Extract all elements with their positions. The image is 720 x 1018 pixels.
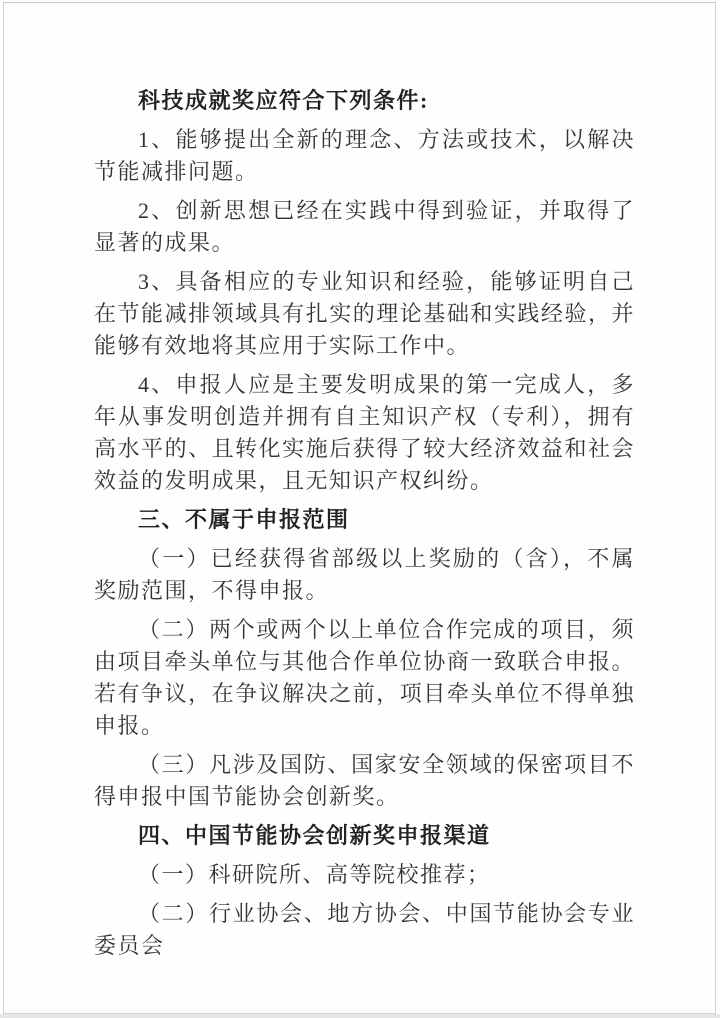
scan-edge (0, 1014, 720, 1018)
screenshot-root: { "style": { "page_background": "#fefefe… (0, 0, 720, 1018)
body-paragraph: 1、能够提出全新的理念、方法或技术，以解决节能减排问题。 (94, 124, 635, 188)
section-heading: 四、中国节能协会创新奖申报渠道 (94, 820, 635, 852)
body-paragraph: 2、创新思想已经在实践中得到验证，并取得了显著的成果。 (94, 195, 635, 259)
body-paragraph: （三）凡涉及国防、国家安全领域的保密项目不得申报中国节能协会创新奖。 (94, 749, 635, 813)
document-page: 科技成就奖应符合下列条件:1、能够提出全新的理念、方法或技术，以解决节能减排问题… (3, 2, 716, 1014)
body-paragraph: （二）行业协会、地方协会、中国节能协会专业委员会 (94, 898, 635, 962)
document-body: 科技成就奖应符合下列条件:1、能够提出全新的理念、方法或技术，以解决节能减排问题… (4, 3, 715, 962)
section-heading: 三、不属于申报范围 (94, 504, 635, 536)
section-heading: 科技成就奖应符合下列条件: (94, 85, 635, 117)
body-paragraph: （一）已经获得省部级以上奖励的（含），不属奖励范围，不得申报。 (94, 543, 635, 607)
body-paragraph: （二）两个或两个以上单位合作完成的项目，须由项目牵头单位与其他合作单位协商一致联… (94, 614, 635, 742)
body-paragraph: 4、申报人应是主要发明成果的第一完成人，多年从事发明创造并拥有自主知识产权（专利… (94, 369, 635, 497)
body-paragraph: （一）科研院所、高等院校推荐； (94, 859, 635, 891)
body-paragraph: 3、具备相应的专业知识和经验，能够证明自己在节能减排领域具有扎实的理论基础和实践… (94, 266, 635, 362)
